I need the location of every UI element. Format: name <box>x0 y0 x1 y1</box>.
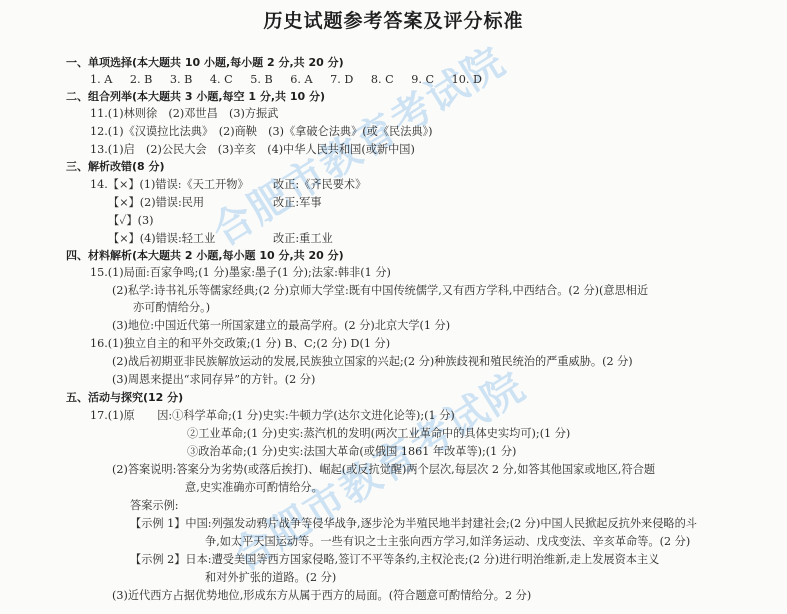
mcq-answer: 9. C <box>411 73 434 86</box>
answer-key-page: 合肥市教育考试院 合肥市教育考试院 历史试题参考答案及评分标准 一、单项选择(本… <box>0 0 787 614</box>
section-3-header: 三、解析改错(8 分) <box>66 160 165 174</box>
answer-q16-2: (2)战后初期亚非民族解放运动的发展,民族独立国家的兴起;(2 分)种族歧视和殖… <box>112 355 633 369</box>
answer-q11: 11.(1)林则徐 (2)邓世昌 (3)方振武 <box>90 107 278 121</box>
mcq-answer: 5. B <box>250 73 272 86</box>
section-5-header: 五、活动与探究(12 分) <box>66 391 183 405</box>
answer-q15-1: 15.(1)局面:百家争鸣;(1 分)墨家:墨子(1 分);法家:韩非(1 分) <box>90 266 391 280</box>
mcq-answer: 4. C <box>210 73 233 86</box>
mcq-answer: 7. D <box>330 73 353 86</box>
example-1-cont: 争,如太平天国运动等。一些有识之士主张向西方学习,如洋务运动、戊戌变法、辛亥革命… <box>205 535 690 549</box>
answer-q17-1-b: ②工业革命;(1 分)史实:蒸汽机的发明(两次工业革命中的具体史实均可);(1 … <box>187 427 570 441</box>
correction-2-error: 【×】(2)错误:民用 <box>108 196 204 210</box>
mcq-answers: 1. A 2. B 3. B 4. C 5. B 6. A 7. D 8. C … <box>90 73 482 87</box>
mcq-answer: 3. B <box>170 73 192 86</box>
section-4-header: 四、材料解析(本大题共 2 小题,每小题 10 分,共 20 分) <box>66 249 344 263</box>
answer-q15-2-cont: 亦可酌情给分。) <box>133 301 210 315</box>
answer-q17-2-cont: 意,史实准确亦可酌情给分。 <box>185 481 323 495</box>
answer-q15-3: (3)地位:中国近代第一所国家建立的最高学府。(2 分)北京大学(1 分) <box>112 319 450 333</box>
answer-q16-1: 16.(1)独立自主的和平外交政策;(1 分) B、C;(2 分) D(1 分) <box>90 337 390 351</box>
section-1-header: 一、单项选择(本大题共 10 小题,每小题 2 分,共 20 分) <box>66 56 344 70</box>
answer-q13: 13.(1)启 (2)公民大会 (3)辛亥 (4)中华人民共和国(或新中国) <box>90 143 415 157</box>
correction-4-error: 【×】(4)错误:轻工业 <box>108 232 215 246</box>
answer-q17-2: (2)答案说明:答案分为劣势(或落后挨打)、崛起(或反抗觉醒)两个层次,每层次 … <box>112 463 655 477</box>
correction-1-fix: 改正:《齐民要术》 <box>273 178 366 192</box>
section-2-header: 二、组合列举(本大题共 3 小题,每空 1 分,共 10 分) <box>66 90 325 104</box>
answer-q15-2: (2)私学:诗书礼乐等儒家经典;(2 分)京师大学堂:既有中国传统儒学,又有西方… <box>112 284 648 298</box>
correction-4-fix: 改正:重工业 <box>273 232 333 246</box>
correction-1-error: 14.【×】(1)错误:《天工开物》 <box>90 178 249 192</box>
mcq-answer: 1. A <box>90 73 112 86</box>
answer-q16-3: (3)周恩来提出“求同存异”的方针。(2 分) <box>112 373 315 387</box>
answer-q12: 12.(1)《汉谟拉比法典》 (2)商鞅 (3)《拿破仑法典》(或《民法典》) <box>90 125 433 139</box>
example-1: 【示例 1】中国:列强发动鸦片战争等侵华战争,逐步沦为半殖民地半封建社会;(2 … <box>130 517 697 531</box>
answer-q17-1-a: 17.(1)原 因:①科学革命;(1 分)史实:牛顿力学(达尔文进化论等);(1… <box>90 409 455 423</box>
mcq-answer: 10. D <box>452 73 482 86</box>
page-title: 历史试题参考答案及评分标准 <box>0 6 787 33</box>
example-2-cont: 和对外扩张的道路。(2 分) <box>205 571 336 585</box>
answer-q17-1-c: ③政治革命;(1 分)史实:法国大革命(或俄国 1861 年改革等);(1 分) <box>187 445 516 459</box>
answer-q17-3: (3)近代西方占据优势地位,形成东方从属于西方的局面。(符合题意可酌情给分。2 … <box>112 589 531 603</box>
correction-2-fix: 改正:军事 <box>273 196 322 210</box>
example-label: 答案示例: <box>130 499 179 513</box>
correction-3-correct: 【✓】(3) <box>108 214 153 228</box>
mcq-answer: 8. C <box>371 73 394 86</box>
mcq-answer: 6. A <box>290 73 312 86</box>
example-2: 【示例 2】日本:遭受美国等西方国家侵略,签订不平等条约,主权沦丧;(2 分)进… <box>130 553 659 567</box>
mcq-answer: 2. B <box>130 73 152 86</box>
